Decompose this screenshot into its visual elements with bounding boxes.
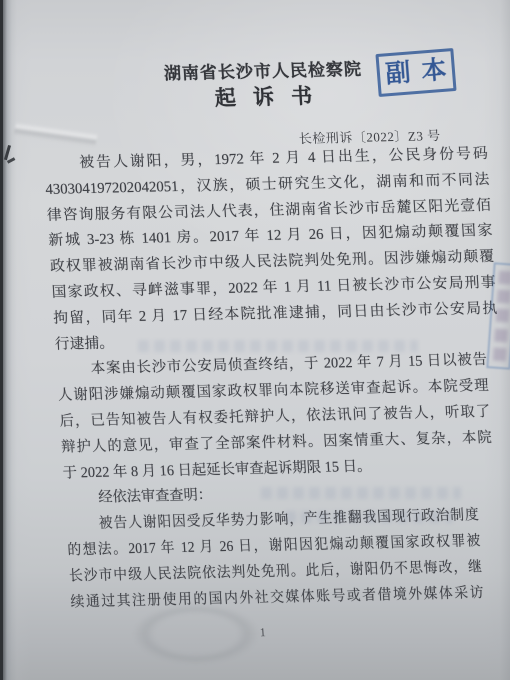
body-paragraph: 被告人谢阳，男，1972 年 2 月 4 日出生，公民身份号码430304197… [43, 142, 499, 358]
stamp-glyph-mark [492, 347, 506, 361]
document-content: 湖南省长沙市人民检察院 起 诉 书 长检刑诉〔2022〕Z3 号 被告人谢阳，男… [0, 0, 510, 680]
photo-stage: 湖南省长沙市人民检察院 起 诉 书 长检刑诉〔2022〕Z3 号 被告人谢阳，男… [0, 0, 510, 680]
document-body: 被告人谢阳，男，1972 年 2 月 4 日出生，公民身份号码430304197… [43, 142, 510, 616]
document-page: 湖南省长沙市人民检察院 起 诉 书 长检刑诉〔2022〕Z3 号 被告人谢阳，男… [3, 0, 510, 680]
stamp-glyph-mark [495, 309, 509, 323]
body-paragraph: 被告人谢阳因受反华势力影响，产生推翻我国现行政治制度的想法。2017 年 12 … [65, 503, 484, 615]
stamp-glyph-mark [496, 290, 510, 304]
copy-stamp-label: 副本 [385, 57, 459, 88]
copy-stamp: 副本 [375, 48, 456, 97]
stamp-glyph-mark [498, 271, 510, 285]
page-number: 1 [244, 625, 281, 641]
stamp-glyph-mark [494, 328, 508, 342]
body-paragraph: 本案由长沙市公安局侦查终结，于 2022 年 7 月 15 日以被告人谢阳涉嫌煽… [56, 348, 494, 487]
